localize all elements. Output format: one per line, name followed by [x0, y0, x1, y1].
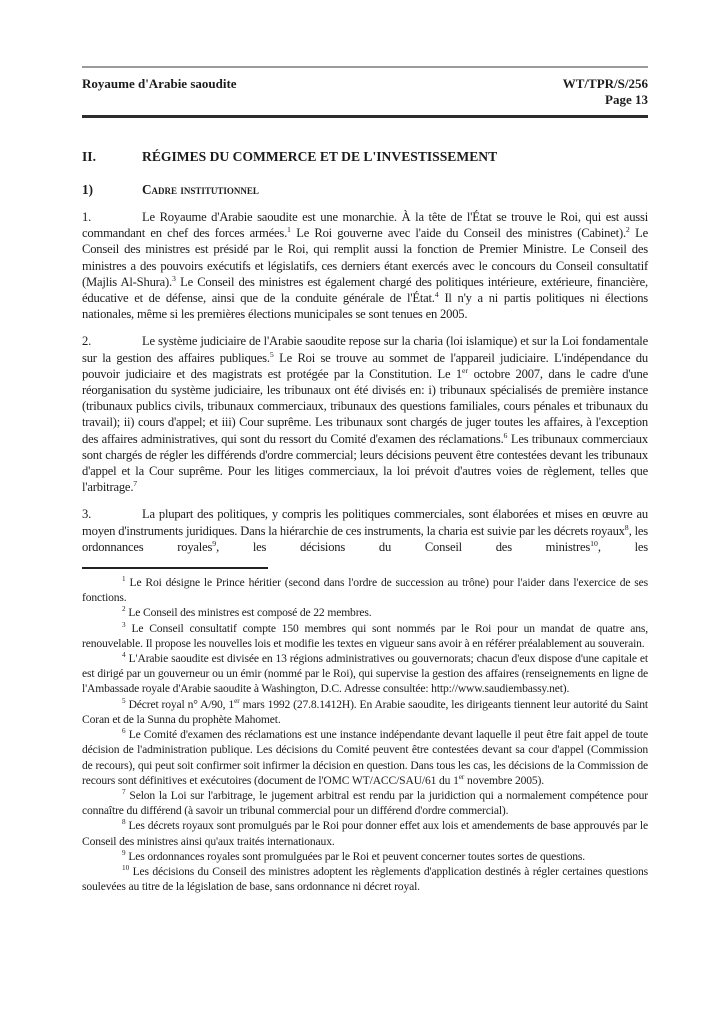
subsection-heading: 1)Cadre institutionnel: [82, 182, 648, 198]
section-number: II.: [82, 149, 142, 165]
page-number: Page 13: [563, 92, 648, 108]
footnote-4-text: 4 L'Arabie saoudite est divisée en 13 ré…: [82, 652, 648, 695]
footnote-separator: [82, 567, 268, 569]
body-paragraph-3: 3.La plupart des politiques, y compris l…: [82, 506, 648, 555]
footnotes-section: 1 Le Roi désigne le Prince héritier (sec…: [82, 575, 648, 894]
footnote-9: 9 Les ordonnances royales sont promulgué…: [82, 849, 648, 864]
footnote-7-text: 7 Selon la Loi sur l'arbitrage, le jugem…: [82, 789, 648, 817]
section-title: RÉGIMES DU COMMERCE ET DE L'INVESTISSEME…: [142, 149, 497, 164]
document-page: Royaume d'Arabie saoudite WT/TPR/S/256 P…: [0, 0, 724, 1024]
subsection-number: 1): [82, 182, 142, 198]
paragraph-1-text: Le Royaume d'Arabie saoudite est une mon…: [82, 210, 648, 321]
header-right-block: WT/TPR/S/256 Page 13: [563, 76, 648, 108]
footnote-3-text: 3 Le Conseil consultatif compte 150 memb…: [82, 622, 648, 650]
footnote-2-text: 2 Le Conseil des ministres est composé d…: [122, 606, 372, 619]
document-country-title: Royaume d'Arabie saoudite: [82, 76, 237, 92]
section-heading: II.RÉGIMES DU COMMERCE ET DE L'INVESTISS…: [82, 149, 648, 165]
footnote-1-text: 1 Le Roi désigne le Prince héritier (sec…: [82, 576, 648, 604]
paragraph-3-text: La plupart des politiques, y compris les…: [82, 507, 648, 553]
footnote-5-text: 5 Décret royal n° A/90, 1er mars 1992 (2…: [82, 698, 648, 726]
footnote-3: 3 Le Conseil consultatif compte 150 memb…: [82, 621, 648, 651]
footnote-8-text: 8 Les décrets royaux sont promulgués par…: [82, 819, 648, 847]
footnote-8: 8 Les décrets royaux sont promulgués par…: [82, 818, 648, 848]
footnote-6: 6 Le Comité d'examen des réclamations es…: [82, 727, 648, 788]
paragraph-2-number: 2.: [82, 333, 142, 349]
paragraph-3-number: 3.: [82, 506, 142, 522]
footnote-1: 1 Le Roi désigne le Prince héritier (sec…: [82, 575, 648, 605]
footnote-9-text: 9 Les ordonnances royales sont promulgué…: [122, 850, 585, 863]
paragraph-1-number: 1.: [82, 209, 142, 225]
document-symbol: WT/TPR/S/256: [563, 76, 648, 92]
subsection-title: Cadre institutionnel: [142, 182, 259, 197]
footnote-10: 10 Les décisions du Conseil des ministre…: [82, 864, 648, 894]
footnote-4: 4 L'Arabie saoudite est divisée en 13 ré…: [82, 651, 648, 697]
footnote-7: 7 Selon la Loi sur l'arbitrage, le jugem…: [82, 788, 648, 818]
footnote-10-text: 10 Les décisions du Conseil des ministre…: [82, 865, 648, 893]
footnote-2: 2 Le Conseil des ministres est composé d…: [82, 605, 648, 620]
body-paragraph-2: 2.Le système judiciaire de l'Arabie saou…: [82, 333, 648, 495]
running-header: Royaume d'Arabie saoudite WT/TPR/S/256 P…: [82, 76, 648, 108]
header-bottom-rule: [82, 115, 648, 118]
footnote-6-text: 6 Le Comité d'examen des réclamations es…: [82, 728, 648, 787]
header-top-rule: [82, 66, 648, 68]
paragraph-2-text: Le système judiciaire de l'Arabie saoudi…: [82, 334, 648, 494]
footnote-5: 5 Décret royal n° A/90, 1er mars 1992 (2…: [82, 697, 648, 727]
body-paragraph-1: 1.Le Royaume d'Arabie saoudite est une m…: [82, 209, 648, 322]
